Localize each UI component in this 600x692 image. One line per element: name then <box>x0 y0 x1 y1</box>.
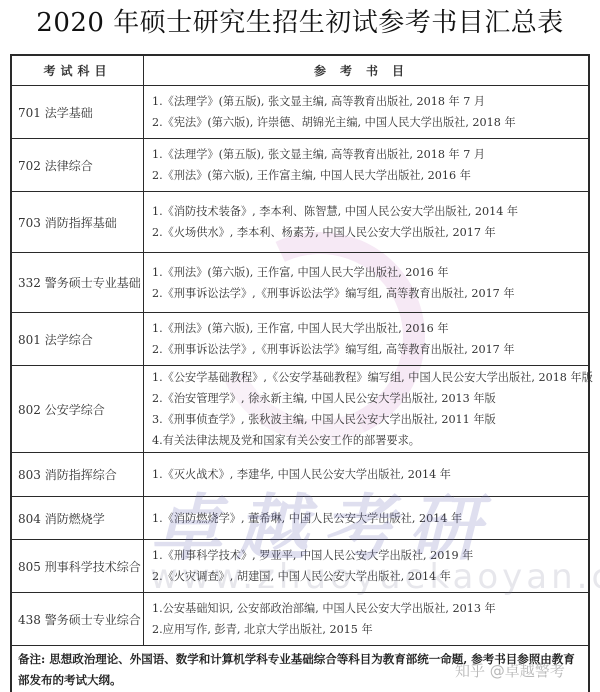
subject-cell: 804 消防燃烧学 <box>12 497 144 539</box>
subject-cell: 802 公安学综合 <box>12 366 144 452</box>
table-row: 438 警务硕士专业综合1.公安基础知识, 公安部政治部编, 中国人民公安大学出… <box>12 592 588 645</box>
book-entry: 1.《刑法》(第六版), 王作富, 中国人民大学出版社, 2016 年 <box>152 318 588 339</box>
book-entry: 2.《刑法》(第六版), 王作富主编, 中国人民大学出版社, 2016 年 <box>152 165 588 186</box>
table-row: 801 法学综合1.《刑法》(第六版), 王作富, 中国人民大学出版社, 201… <box>12 312 588 365</box>
table-row: 803 消防指挥综合1.《灭火战术》, 李建华, 中国人民公安大学出版社, 20… <box>12 452 588 496</box>
subject-cell: 438 警务硕士专业综合 <box>12 593 144 645</box>
table-row: 701 法学基础1.《法理学》(第五版), 张文显主编, 高等教育出版社, 20… <box>12 85 588 138</box>
book-entry: 1.公安基础知识, 公安部政治部编, 中国人民公安大学出版社, 2013 年 <box>152 598 588 619</box>
footnote: 备注: 思想政治理论、外国语、数学和计算机学科专业基础综合等科目为教育部统一命题… <box>12 645 588 692</box>
subject-cell: 702 法律综合 <box>12 139 144 191</box>
book-entry: 1.《法理学》(第五版), 张文显主编, 高等教育出版社, 2018 年 7 月 <box>152 91 588 112</box>
books-cell: 1.《刑法》(第六版), 王作富, 中国人民大学出版社, 2016 年2.《刑事… <box>144 313 588 365</box>
book-entry: 4.有关法律法规及党和国家有关公安工作的部署要求。 <box>152 430 593 451</box>
book-entry: 2.《宪法》(第六版), 许崇德、胡锦光主编, 中国人民大学出版社, 2018 … <box>152 112 588 133</box>
books-cell: 1.《法理学》(第五版), 张文显主编, 高等教育出版社, 2018 年 7 月… <box>144 139 588 191</box>
table-row: 804 消防燃烧学1.《消防燃烧学》, 董希琳, 中国人民公安大学出版社, 20… <box>12 496 588 539</box>
book-entry: 2.《刑事诉讼法学》,《刑事诉讼法学》编写组, 高等教育出版社, 2017 年 <box>152 283 588 304</box>
books-cell: 1.《刑法》(第六版), 王作富, 中国人民大学出版社, 2016 年2.《刑事… <box>144 253 588 312</box>
table-header-row: 考试科目 参考书目 <box>12 56 588 85</box>
book-entry: 1.《消防燃烧学》, 董希琳, 中国人民公安大学出版社, 2014 年 <box>152 508 588 529</box>
table-row: 703 消防指挥基础1.《消防技术装备》, 李本利、陈智慧, 中国人民公安大学出… <box>12 191 588 252</box>
books-cell: 1.公安基础知识, 公安部政治部编, 中国人民公安大学出版社, 2013 年2.… <box>144 593 588 645</box>
book-entry: 2.《火灾调查》, 胡建国, 中国人民公安大学出版社, 2014 年 <box>152 566 588 587</box>
subject-cell: 332 警务硕士专业基础 <box>12 253 144 312</box>
subject-cell: 805 刑事科学技术综合 <box>12 540 144 592</box>
book-entry: 1.《灭火战术》, 李建华, 中国人民公安大学出版社, 2014 年 <box>152 464 588 485</box>
books-cell: 1.《法理学》(第五版), 张文显主编, 高等教育出版社, 2018 年 7 月… <box>144 86 588 138</box>
table-row: 332 警务硕士专业基础1.《刑法》(第六版), 王作富, 中国人民大学出版社,… <box>12 252 588 312</box>
table-row: 702 法律综合1.《法理学》(第五版), 张文显主编, 高等教育出版社, 20… <box>12 138 588 191</box>
books-cell: 1.《消防技术装备》, 李本利、陈智慧, 中国人民公安大学出版社, 2014 年… <box>144 192 588 252</box>
subject-cell: 703 消防指挥基础 <box>12 192 144 252</box>
book-entry: 1.《刑法》(第六版), 王作富, 中国人民大学出版社, 2016 年 <box>152 262 588 283</box>
books-cell: 1.《公安学基础教程》,《公安学基础教程》编写组, 中国人民公安大学出版社, 2… <box>144 366 593 452</box>
books-cell: 1.《消防燃烧学》, 董希琳, 中国人民公安大学出版社, 2014 年 <box>144 497 588 539</box>
books-cell: 1.《灭火战术》, 李建华, 中国人民公安大学出版社, 2014 年 <box>144 453 588 496</box>
subject-cell: 801 法学综合 <box>12 313 144 365</box>
book-entry: 1.《法理学》(第五版), 张文显主编, 高等教育出版社, 2018 年 7 月 <box>152 144 588 165</box>
header-subject: 考试科目 <box>12 56 144 85</box>
book-entry: 3.《刑事侦查学》, 张秋波主编, 中国人民公安大学出版社, 2011 年版 <box>152 409 593 430</box>
page-title: 2020 年硕士研究生招生初试参考书目汇总表 <box>0 6 600 40</box>
book-entry: 2.应用写作, 彭青, 北京大学出版社, 2015 年 <box>152 619 588 640</box>
book-entry: 2.《治安管理学》, 徐永新主编, 中国人民公安大学出版社, 2013 年版 <box>152 388 593 409</box>
book-entry: 1.《公安学基础教程》,《公安学基础教程》编写组, 中国人民公安大学出版社, 2… <box>152 367 593 388</box>
book-entry: 2.《刑事诉讼法学》,《刑事诉讼法学》编写组, 高等教育出版社, 2017 年 <box>152 339 588 360</box>
header-books: 参考书目 <box>144 56 588 85</box>
book-entry: 2.《火场供水》, 李本利、杨素芳, 中国人民公安大学出版社, 2017 年 <box>152 222 588 243</box>
books-cell: 1.《刑事科学技术》, 罗亚平, 中国人民公安大学出版社, 2019 年2.《火… <box>144 540 588 592</box>
subject-cell: 803 消防指挥综合 <box>12 453 144 496</box>
book-entry: 1.《刑事科学技术》, 罗亚平, 中国人民公安大学出版社, 2019 年 <box>152 545 588 566</box>
reference-books-table: 考试科目 参考书目 701 法学基础1.《法理学》(第五版), 张文显主编, 高… <box>10 54 590 692</box>
table-row: 805 刑事科学技术综合1.《刑事科学技术》, 罗亚平, 中国人民公安大学出版社… <box>12 539 588 592</box>
book-entry: 1.《消防技术装备》, 李本利、陈智慧, 中国人民公安大学出版社, 2014 年 <box>152 201 588 222</box>
table-row: 802 公安学综合1.《公安学基础教程》,《公安学基础教程》编写组, 中国人民公… <box>12 365 588 452</box>
subject-cell: 701 法学基础 <box>12 86 144 138</box>
